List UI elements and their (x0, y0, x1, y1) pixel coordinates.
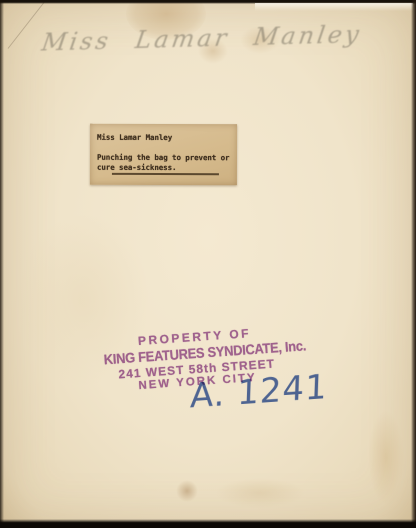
label-caption-line-1: Punching the bag to prevent or (97, 153, 229, 162)
label-name-line: Miss Lamar Manley (97, 133, 172, 142)
crease (8, 0, 47, 49)
stain (368, 410, 404, 505)
photo-edge-bottom (0, 519, 416, 528)
typed-caption-label: Miss Lamar Manley Punching the bag to pr… (90, 124, 237, 186)
photo-edge-highlight (255, 3, 413, 11)
stain (176, 480, 198, 502)
photo-edge-right (411, 0, 416, 528)
stain (215, 478, 305, 508)
archive-number-notation: A. 1241 (189, 367, 328, 417)
photo-back: Miss Lamar Manley Miss Lamar Manley Punc… (0, 0, 416, 528)
label-caption-line-2: cure sea-sickness. (97, 162, 177, 171)
photo-edge-left (0, 0, 4, 528)
label-underline (112, 173, 219, 175)
pencil-inscription: Miss Lamar Manley (40, 20, 374, 57)
